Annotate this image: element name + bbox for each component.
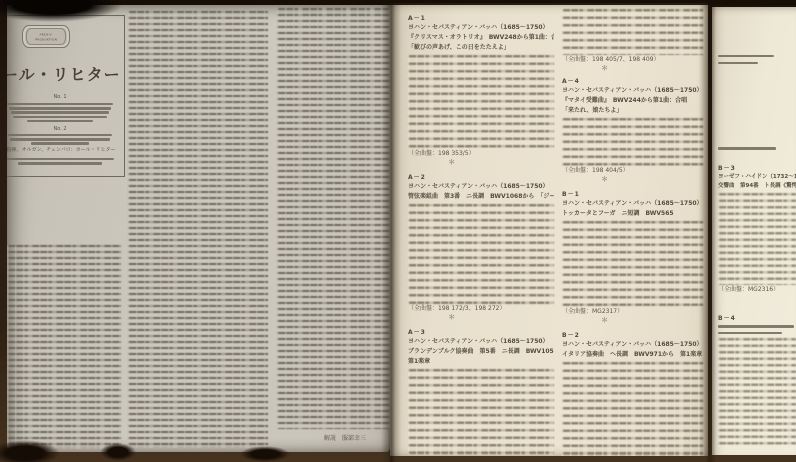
blurred-heading-line [718,332,782,335]
blurred-text-line [718,62,758,64]
body-text-block [408,204,554,304]
section-id: B－1 [562,191,704,199]
section-a4: A－4 ヨハン・セバスティアン・バッハ（1685～1750） 『マタイ受難曲』 … [562,78,704,183]
archiv-produktion-logo: ARCHIV PRODUKTION [22,25,70,48]
body-text-block [562,118,704,166]
right-column-2: （全曲盤：198 405/7、198 409） ＊ A－4 ヨハン・セバスティア… [562,9,704,456]
right-fold-shadow [699,0,716,462]
photo-corner-shadow [0,0,122,22]
catalog-number: （全曲盤：MG2317） [562,307,704,316]
blurred-text-line [18,162,102,165]
body-text-block [277,8,390,429]
separator-star: ＊ [408,313,496,321]
bottom-shadow-blob [240,446,290,462]
blurred-text-line [11,111,109,114]
separator-star: ＊ [562,64,647,72]
work-title-line: 交響曲 第94番 ト長調《驚愕》から 第2楽章 [718,182,796,191]
composer-line: ヨハン・セバスティアン・バッハ（1685～1750） [408,182,554,192]
work-title-line: ブランデンブルク協奏曲 第5番 ニ長調 BWV1050から [408,347,554,357]
section-a3: A－3 ヨハン・セバスティアン・バッハ（1685～1750） ブランデンブルク協… [408,329,554,455]
blurred-text-line [718,55,774,57]
work-title-line: 『クリスマス・オラトリオ』 BWV248から第1曲：合唱 [408,33,554,43]
body-text-block [562,221,704,307]
section-id: B－3 [718,165,796,173]
blurred-text-line [27,120,93,123]
work-title-line: イタリア協奏曲 ヘ長調 BWV971から 第1楽章 [562,350,704,360]
section-b4: B－4 [718,315,796,448]
section-a3-continuation: （全曲盤：198 405/7、198 409） ＊ [562,9,704,72]
blurred-text-line [9,107,111,110]
bottom-shadow-blob [100,443,136,461]
blurred-text-line [7,103,113,106]
work-title-line: 「歓びの声あげ、この日をたたえよ」 [408,43,554,53]
section-b2: B－2 ヨハン・セバスティアン・バッハ（1685～1750） イタリア協奏曲 ヘ… [562,332,704,456]
work-title-line: 『マタイ受難曲』 BWV244から第1曲：合唱 [562,96,704,106]
separator-star: ＊ [562,175,647,183]
work-title-line: 第1楽章 [408,357,554,367]
body-text-block [408,55,554,149]
body-text-block [408,369,554,455]
section-id: A－1 [408,15,554,23]
section-a1: A－1 ヨハン・セバスティアン・バッハ（1685～1750） 『クリスマス・オラ… [408,15,554,166]
left-page: ARCHIV PRODUKTION ール・リヒター No. 1 No. 2 指揮… [7,5,390,452]
liner-notes-photo: ARCHIV PRODUKTION ール・リヒター No. 1 No. 2 指揮… [0,0,796,462]
body-text-block [718,338,796,448]
annotator-credit: 解説 服部幸三 [303,433,387,442]
work-title-line: 「来たれ、娘たちよ」 [562,106,704,116]
performer-credit: 指揮、オルガン、チェンバロ：カール・リヒター [7,147,120,153]
right-flap-panel: B－3 ヨーゼフ・ハイドン（1732～1809） 交響曲 第94番 ト長調《驚愕… [712,7,796,455]
title-box: ARCHIV PRODUKTION ール・リヒター No. 1 No. 2 指揮… [7,15,125,177]
blurred-text-line [10,138,110,141]
album-title: ール・リヒター [7,62,122,85]
blurred-catalog-line [718,147,776,150]
archiv-logo-cartouche: ARCHIV PRODUKTION [26,28,66,45]
body-text-block [128,11,268,448]
section-id: A－2 [408,174,554,182]
right-page: A－1 ヨハン・セバスティアン・バッハ（1685～1750） 『クリスマス・オラ… [390,3,708,456]
section-a2: A－2 ヨハン・セバスティアン・バッハ（1685～1750） 管弦楽組曲 第3番… [408,174,554,321]
section-id: A－3 [408,329,554,337]
composer-line: ヨハン・セバスティアン・バッハ（1685～1750） [408,337,554,347]
logo-text-line1: ARCHIV [40,32,53,36]
section-b1: B－1 ヨハン・セバスティアン・バッハ（1685～1750） トッカータとフーガ… [562,191,704,324]
side1-tracklist-blurred [7,101,116,124]
catalog-number: （全曲盤：198 404/5） [562,166,704,175]
composer-line: ヨハン・セバスティアン・バッハ（1685～1750） [562,86,704,96]
composer-line: ヨーゼフ・ハイドン（1732～1809） [718,173,796,182]
catalog-number: （全曲盤：198 353/5） [408,149,554,158]
right-column-1: A－1 ヨハン・セバスティアン・バッハ（1685～1750） 『クリスマス・オラ… [408,13,554,453]
body-text-block [562,362,704,456]
body-text-block [562,9,704,55]
center-fold-shadow [381,0,401,462]
catalog-number: （全曲盤：MG2316） [718,285,796,294]
credit-extra-blurred [7,156,116,166]
composer-line: ヨハン・セバスティアン・バッハ（1685～1750） [562,340,704,350]
section-id: A－4 [562,78,704,86]
catalog-number: （全曲盤：198 172/3、198 272） [408,304,554,313]
blurred-text-line [31,142,89,145]
composer-line: ヨハン・セバスティアン・バッハ（1685～1750） [562,199,704,209]
section-id: B－4 [718,315,796,323]
body-text-block [7,245,121,449]
body-text-block [718,193,796,285]
work-title-line: トッカータとフーガ ニ短調 BWV565 [562,209,704,219]
section-id: B－2 [562,332,704,340]
separator-star: ＊ [562,316,647,324]
section-b3: B－3 ヨーゼフ・ハイドン（1732～1809） 交響曲 第94番 ト長調《驚愕… [718,165,796,294]
bottom-shadow-blob [0,440,60,462]
composer-line: ヨハン・セバスティアン・バッハ（1685～1750） [408,23,554,33]
catalog-number: （全曲盤：198 405/7、198 409） [562,55,704,64]
panel-column: B－3 ヨーゼフ・ハイドン（1732～1809） 交響曲 第94番 ト長調《驚愕… [718,7,796,455]
side1-label: No. 1 [7,94,116,100]
logo-text-line2: PRODUKTION [35,37,57,41]
work-title-line: 管弦楽組曲 第3番 ニ長調 BWV1068から 「ジーグ」 [408,192,554,202]
blurred-heading-line [718,325,794,328]
separator-star: ＊ [408,158,496,166]
blurred-text-line [8,134,112,137]
blurred-text-line [13,116,107,119]
blurred-text-line [7,158,114,161]
side2-tracklist-blurred [7,132,116,147]
